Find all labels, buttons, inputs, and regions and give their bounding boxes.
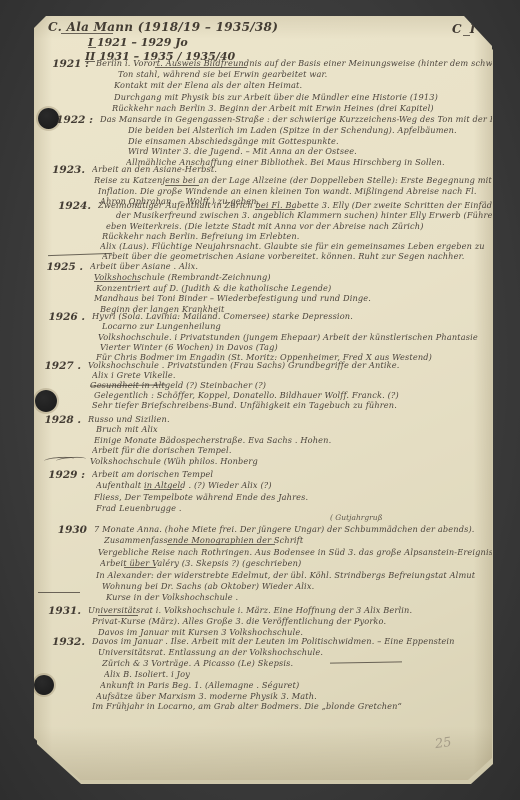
corner-folio-mark: C I: [452, 22, 477, 36]
entry-line: Arbeit für die dorischen Tempel.: [92, 445, 331, 455]
ink-underline-stroke: [165, 185, 199, 186]
year-label: 1923.: [52, 164, 92, 176]
entry-line: Ton stahl, während sie bei Erwin gearbei…: [118, 69, 496, 80]
entry-line: Zürich & 3 Vorträge. A Picasso (Le) Skep…: [102, 658, 455, 669]
margin-dash-stroke: [38, 592, 80, 593]
ink-underline-stroke: [144, 489, 182, 490]
entry-1930: 1930 7 Monate Anna. (hohe Miete frei. De…: [94, 524, 493, 604]
year-label: 1921 :: [52, 58, 96, 70]
interline-insertion: ( Gutjahrgruß: [330, 513, 383, 522]
entry-line: Aufenthalt in Altgeld . (?) Wieder Alix …: [96, 480, 308, 491]
entry-line: Hyvri (Sola. Lavinia: Mailand. Comersee)…: [92, 311, 478, 321]
entry-line: Alix i Grete Vikelle.: [92, 370, 400, 380]
year-label: 1926 .: [48, 311, 92, 323]
entry-line: Frad Leuenbrugge .: [96, 503, 308, 514]
entry-line: eben Weiterkreis. (Die letzte Stadt mit …: [106, 221, 506, 231]
entry-line: Rückkehr nach Berlin 3. Beginn der Arbei…: [112, 103, 496, 114]
entry-1932: 1932. Davos im Januar . Ilse. Arbeit mit…: [92, 636, 455, 712]
manuscript-page: C. Ala Mann (1918/19 – 1935/38) I 1921 –…: [34, 16, 492, 780]
year-label: 1928 .: [44, 414, 88, 426]
entry-line: Alix (Laus). Flüchtige Neujahrsnacht. Gl…: [100, 241, 500, 251]
entry-1926: 1926 . Hyvri (Sola. Lavinia: Mailand. Co…: [92, 311, 478, 362]
entry-line: Volkshochschule (Wüh philos. Honberg: [90, 456, 331, 466]
entry-line: Davos im Januar . Ilse. Arbeit mit der L…: [92, 636, 455, 647]
year-label: 1930: [58, 524, 94, 536]
entry-line: Zusammenfassende Monographien der Schrif…: [104, 535, 493, 546]
entry-1925: 1925 . Arbeit über Asiane . Alix. Volksh…: [90, 261, 371, 315]
entry-line: Volkshochschule. i Privatstunden (jungem…: [98, 332, 478, 342]
title-underline-stroke: [61, 33, 113, 34]
ink-underline-stroke: [155, 67, 247, 68]
entry-line: Aufsätze über Marxism 3. moderne Physik …: [96, 691, 455, 702]
entry-1924: 1924. Zweimonatiger Aufenthalt in Zürich…: [98, 200, 516, 262]
entry-1931: 1931. Universitätsrat i. Volkshochschule…: [88, 605, 412, 638]
entry-line: Ankunft in Paris Beg. 1. (Allemagne . Sé…: [100, 680, 455, 691]
ink-underline-stroke: [255, 209, 295, 210]
entry-line: Mandhaus bei Toni Binder – Wiederbefesti…: [94, 293, 371, 304]
entry-line: Rückkehr nach Berlin. Befreiung im Erleb…: [102, 231, 502, 241]
entry-line: Die einsamen Abschiedsgänge mit Gottespu…: [128, 136, 500, 147]
page-title: C. Ala Mann (1918/19 – 1935/38): [48, 20, 278, 34]
entry-line: der Musikerfreund zwischen 3. angeblich …: [116, 210, 516, 220]
entry-1928: 1928 . Russo und Sizilien. Bruch mit Ali…: [88, 414, 331, 466]
ink-underline-stroke: [167, 544, 275, 545]
entry-line: In Alexander: der widerstrebte Edelmut, …: [96, 570, 493, 581]
ink-underline-stroke: [124, 567, 156, 568]
entry-line: Universitätsrat. Entlassung an der Volks…: [98, 647, 455, 658]
year-label: 1931.: [48, 605, 88, 617]
entry-line: Vergebliche Reise nach Rothringen. Aus B…: [98, 547, 493, 558]
entry-line: Sehr tiefer Briefschreibens-Bund. Unfähi…: [92, 400, 400, 410]
year-label: 1924.: [58, 200, 98, 212]
entry-line: Locarno zur Lungenheilung: [102, 321, 478, 331]
entry-line: Arbeit über Asiane . Alix.: [90, 261, 371, 272]
entry-line: Inflation. Die große Windende an einen k…: [98, 186, 494, 197]
entry-line: 7 Monate Anna. (hohe Miete frei. Der jün…: [94, 524, 493, 535]
entry-line: Im Frühjahr in Locarno, am Grab alter Bo…: [92, 701, 455, 712]
punch-hole-middle: [35, 390, 57, 412]
entry-line: Russo und Sizilien.: [88, 414, 331, 424]
entry-line: Reise zu Katzenjens bei an der Lage Allz…: [94, 175, 494, 186]
year-label: 1932.: [52, 636, 92, 648]
entry-line: Das Mansarde in Gegengassen-Straße : der…: [100, 114, 500, 125]
entry-line: Einige Monate Bädospecherstraße. Eva Sac…: [94, 435, 331, 445]
pencil-page-number: 25: [434, 735, 452, 752]
entry-line: Arbeit am dorischen Tempel: [92, 469, 308, 480]
year-label: 1929 :: [48, 469, 92, 481]
numeral-underline-stroke: [88, 47, 96, 48]
folio-underline-stroke: [463, 35, 470, 36]
entry-line: Volkshochschule . Privatstunden (Frau Sa…: [88, 360, 400, 370]
entry-line: Arbeit an den Asiane-Herbst.: [92, 164, 492, 175]
entry-line: Gelegentlich : Schöffer, Koppel, Donatel…: [94, 390, 400, 400]
entry-line: Alix B. Isoliert. i Joy: [104, 669, 455, 680]
year-label: 1927 .: [44, 360, 88, 372]
year-label: 1925 .: [46, 261, 90, 273]
ink-underline-stroke: [94, 281, 140, 282]
entry-line: Durchgang mit Physik bis zur Arbeit über…: [114, 92, 496, 103]
punch-hole-bottom: [34, 675, 54, 695]
scanned-page-viewer: C. Ala Mann (1918/19 – 1935/38) I 1921 –…: [0, 0, 520, 800]
entry-line: Kontakt mit der Elena als der alten Heim…: [114, 80, 496, 91]
entry-line: Konzentriert auf D. (Judith & die kathol…: [96, 283, 371, 294]
entry-line: Die beiden bei Alsterlich im Laden (Spit…: [128, 125, 500, 136]
year-label: 1922 :: [56, 114, 100, 126]
entry-line: Vierter Winter (6 Wochen) in Davos (Tag): [100, 342, 478, 352]
series-line-1: I 1921 – 1929 Jo: [88, 36, 188, 49]
entry-line: Fliess, Der Tempelbote während Ende des …: [94, 492, 308, 503]
entry-line: Wohnung bei Dr. Sachs (ab Oktober) Wiede…: [102, 581, 493, 592]
ink-underline-stroke: [98, 615, 138, 616]
entry-line: Privat-Kurse (März). Alles Große 3. die …: [92, 616, 412, 627]
entry-line: Zweimonatiger Aufenthalt in Zürich bei F…: [98, 200, 498, 210]
entry-line: Bruch mit Alix: [96, 424, 331, 434]
entry-line: Kurse in der Volkshochschule .: [106, 592, 493, 603]
entry-1922: 1922 : Das Mansarde in Gegengassen-Straß…: [100, 114, 500, 168]
entry-line: Wird Winter 3. die Jugend. – Mit Anna an…: [128, 146, 500, 157]
entry-line: Arbeit über Valéry (3. Skepsis ?) (gesch…: [100, 558, 493, 569]
entry-1929: 1929 : Arbeit am dorischen Tempel Aufent…: [92, 469, 308, 514]
